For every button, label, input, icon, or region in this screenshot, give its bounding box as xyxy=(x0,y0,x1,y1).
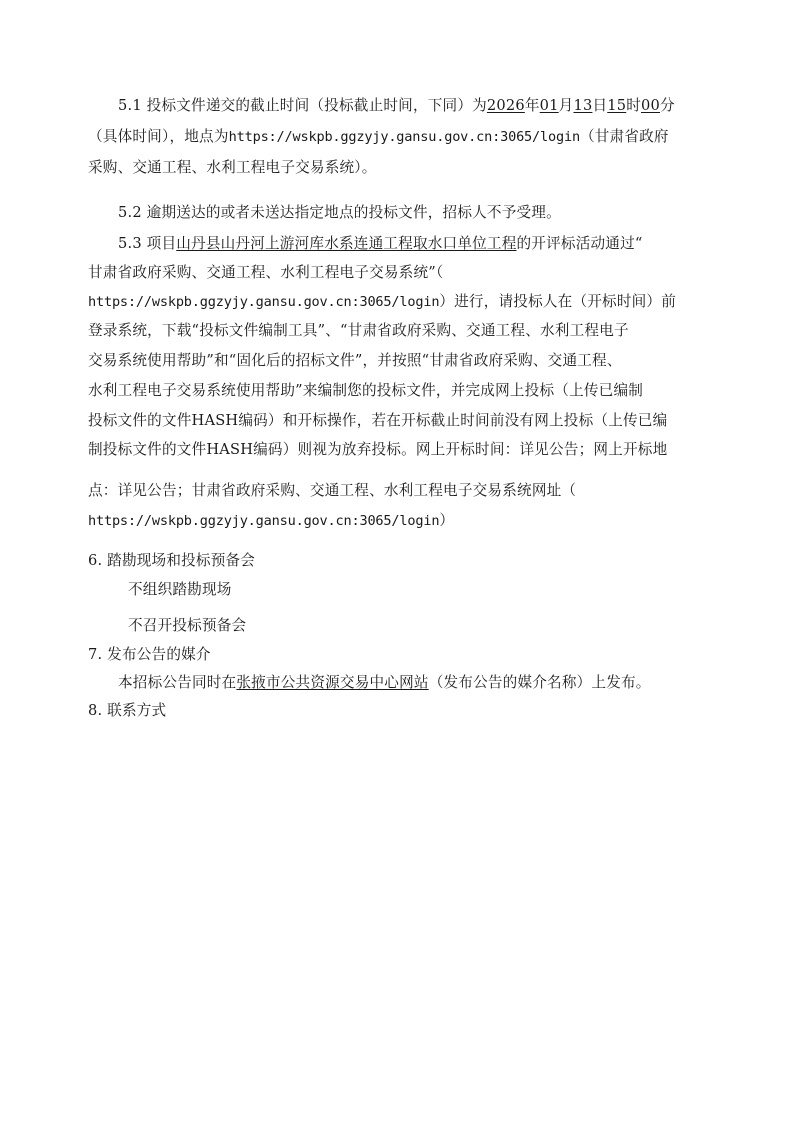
system-url: https://wskpb.ggzyjy.gansu.gov.cn:3065/l… xyxy=(88,513,439,529)
project-prefix: 项目 xyxy=(147,235,177,252)
section-5-3-line-1: 5.3 项目山丹县山丹河上游河库水系连通工程取水口单位工程的开评标活动通过“ xyxy=(118,234,643,254)
deadline-hour: 15 xyxy=(607,97,626,114)
deadline-minute: 00 xyxy=(641,97,660,114)
section-5-3-line-8: 制投标文件的文件HASH编码）则视为放弃投标。网上开标时间：详见公告；网上开标地 xyxy=(88,440,667,460)
section-5-3-line-5: 交易系统使用帮助”和“固化后的招标文件”，并按照“甘肃省政府采购、交通工程、 xyxy=(88,351,622,371)
line-text: 甘肃省政府采购、交通工程、水利工程电子交易系统”（ xyxy=(88,264,443,281)
deadline-day: 13 xyxy=(573,97,592,114)
section-8-heading: 8. 联系方式 xyxy=(88,701,166,721)
section-6-heading: 6. 踏勘现场和投标预备会 xyxy=(88,551,255,571)
section-number: 5.3 xyxy=(118,235,142,252)
document-page: 5.1 投标文件递交的截止时间（投标截止时间，下同）为2026年01月13日15… xyxy=(0,0,794,1123)
pre-bid-meeting-item: 不召开投标预备会 xyxy=(128,616,246,636)
section-5-1-line-3: 采购、交通工程、水利工程电子交易系统）。 xyxy=(88,158,377,178)
line-text: 登录系统，下载“投标文件编制工具”、“甘肃省政府采购、交通工程、水利工程电子 xyxy=(88,322,629,339)
line-text: 交易系统使用帮助”和“固化后的招标文件”，并按照“甘肃省政府采购、交通工程、 xyxy=(88,352,622,369)
unit-year: 年 xyxy=(525,97,540,114)
unit-day: 日 xyxy=(592,97,607,114)
section-5-1-line-2: （具体时间），地点为https://wskpb.ggzyjy.gansu.gov… xyxy=(88,127,669,147)
line-text: ） xyxy=(439,512,454,529)
deadline-text: 投标文件递交的截止时间（投标截止时间，下同）为 xyxy=(147,97,487,114)
section-number: 5.1 xyxy=(118,97,142,114)
deadline-month: 01 xyxy=(540,97,559,114)
section-7-text: 本招标公告同时在张掖市公共资源交易中心网站（发布公告的媒介名称）上发布。 xyxy=(118,673,651,693)
section-5-3-line-2: 甘肃省政府采购、交通工程、水利工程电子交易系统”（ xyxy=(88,263,443,283)
line-text: 制投标文件的文件HASH编码）则视为放弃投标。网上开标时间：详见公告；网上开标地 xyxy=(88,441,667,458)
project-name: 山丹县山丹河上游河库水系连通工程取水口单位工程 xyxy=(176,235,516,252)
site-visit-item: 不组织踏勘现场 xyxy=(128,580,232,600)
section-5-3-line-7: 投标文件的文件HASH编码）和开标操作，若在开标截止时间前没有网上投标（上传已编 xyxy=(88,411,667,431)
section-5-3-line-4: 登录系统，下载“投标文件编制工具”、“甘肃省政府采购、交通工程、水利工程电子 xyxy=(88,321,629,341)
system-name-start: （甘肃省政府 xyxy=(580,128,669,145)
line-text: 投标文件的文件HASH编码）和开标操作，若在开标截止时间前没有网上投标（上传已编 xyxy=(88,412,667,429)
location-label: （具体时间），地点为 xyxy=(88,128,229,145)
line-text: 点：详见公告；甘肃省政府采购、交通工程、水利工程电子交易系统网址（ xyxy=(88,482,576,499)
section-5-3-line-10: https://wskpb.ggzyjy.gansu.gov.cn:3065/l… xyxy=(88,511,454,531)
publish-media-name: 张掖市公共资源交易中心网站 xyxy=(236,674,428,691)
publish-text-end: （发布公告的媒介名称）上发布。 xyxy=(429,674,651,691)
system-url: https://wskpb.ggzyjy.gansu.gov.cn:3065/l… xyxy=(88,294,439,310)
unit-month: 月 xyxy=(559,97,574,114)
system-url: https://wskpb.ggzyjy.gansu.gov.cn:3065/l… xyxy=(229,129,580,145)
section-7-heading: 7. 发布公告的媒介 xyxy=(88,645,211,665)
line-text: 水利工程电子交易系统使用帮助”来编制您的投标文件，并完成网上投标（上传已编制 xyxy=(88,382,643,399)
late-submission-text: 逾期送达的或者未送达指定地点的投标文件，招标人不予受理。 xyxy=(147,204,561,221)
unit-hour: 时 xyxy=(626,97,641,114)
system-name-end: 采购、交通工程、水利工程电子交易系统）。 xyxy=(88,159,377,176)
line-text: 的开评标活动通过“ xyxy=(517,235,643,252)
deadline-year: 2026 xyxy=(487,97,525,114)
publish-text: 本招标公告同时在 xyxy=(118,674,236,691)
unit-minute: 分 xyxy=(660,97,675,114)
section-5-1-line-1: 5.1 投标文件递交的截止时间（投标截止时间，下同）为2026年01月13日15… xyxy=(118,96,675,116)
section-number: 5.2 xyxy=(118,204,142,221)
section-5-2: 5.2 逾期送达的或者未送达指定地点的投标文件，招标人不予受理。 xyxy=(118,203,561,223)
section-5-3-line-3: https://wskpb.ggzyjy.gansu.gov.cn:3065/l… xyxy=(88,292,676,312)
line-text: ）进行，请投标人在（开标时间）前 xyxy=(439,293,676,310)
section-5-3-line-9: 点：详见公告；甘肃省政府采购、交通工程、水利工程电子交易系统网址（ xyxy=(88,481,576,501)
section-5-3-line-6: 水利工程电子交易系统使用帮助”来编制您的投标文件，并完成网上投标（上传已编制 xyxy=(88,381,643,401)
